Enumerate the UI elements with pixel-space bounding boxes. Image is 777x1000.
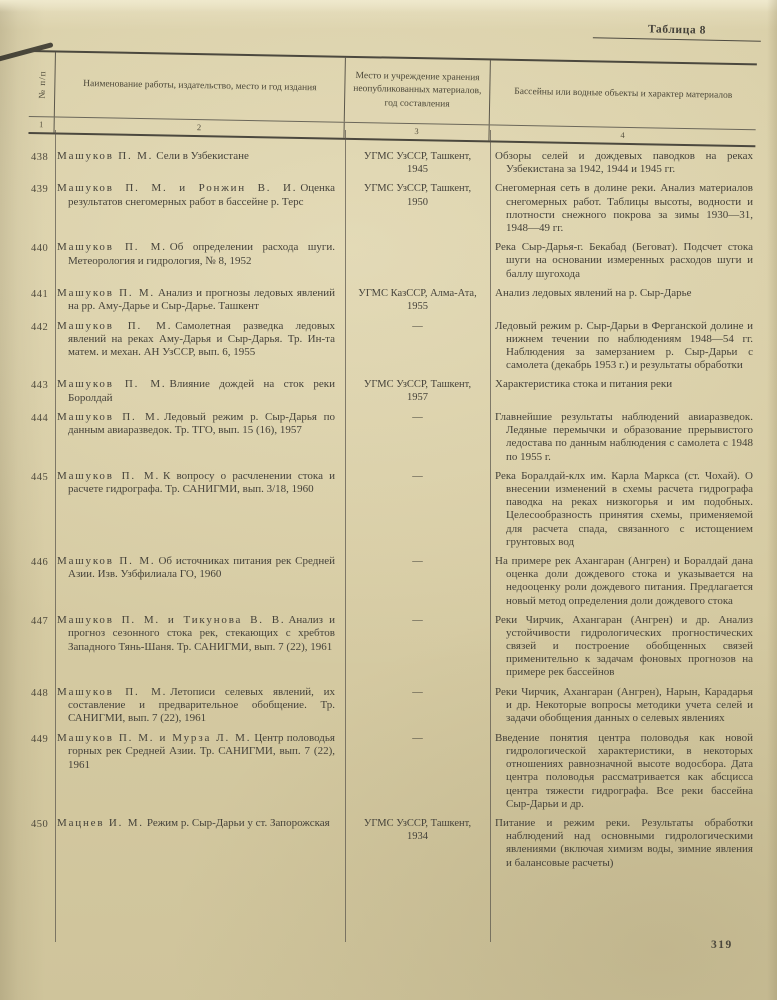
bibliography-table: № п/п Наименование работы, издательство,…: [30, 50, 757, 876]
table-row: 442 Машуков П. М.Самолетная разведка лед…: [30, 320, 757, 373]
table-row: 449 Машуков П. М. и Мурза Л. М.Центр пол…: [30, 732, 757, 811]
row-number: 447: [30, 614, 55, 627]
page-right-shade: [767, 0, 777, 1000]
row-number: 438: [30, 150, 55, 163]
annotation-cell: Питание и режим реки. Результаты обработ…: [490, 817, 757, 870]
annotation-cell: На примере рек Ахангаран (Ангрен) и Бора…: [490, 555, 757, 608]
table-row: 438 Машуков П. М.Сели в Узбекистане УГМС…: [30, 150, 757, 176]
storage-cell: —: [345, 555, 490, 568]
work-cell: Мацнев И. М.Режим р. Сыр-Дарьи у ст. Зап…: [55, 817, 345, 830]
scanned-book-page: Таблица 8 № п/п Наименование работы, изд…: [0, 0, 777, 1000]
row-number: 449: [30, 732, 55, 745]
author-name: Машуков П. М.: [57, 241, 167, 253]
author-name: Машуков П. М.: [57, 320, 172, 332]
table-body: 438 Машуков П. М.Сели в Узбекистане УГМС…: [30, 134, 757, 870]
author-name: Машуков П. М.: [57, 470, 160, 482]
storage-cell: —: [345, 411, 490, 424]
storage-cell: УГМС КазССР, Алма-Ата, 1955: [345, 287, 490, 313]
column-header-storage: Место и учреждение хранения неопубликова…: [344, 58, 490, 125]
work-title: Режим р. Сыр-Дарьи у ст. Запорожская: [147, 817, 330, 829]
storage-cell: —: [345, 614, 490, 627]
work-cell: Машуков П. М.Сели в Узбекистане: [55, 150, 345, 163]
author-name: Машуков П. М.: [57, 378, 167, 390]
page-number: 319: [711, 939, 733, 951]
table-row: 439 Машуков П. М. и Ронжин В. И.Оценка р…: [30, 182, 757, 235]
column-header-work: Наименование работы, издательство, место…: [54, 52, 345, 121]
row-number: 444: [30, 411, 55, 424]
work-cell: Машуков П. М.Об определении расхода шуги…: [55, 241, 345, 268]
work-cell: Машуков П. М.К вопросу о расчленении сто…: [55, 470, 345, 497]
author-name: Машуков П. М. и Тикунова В. В.: [57, 614, 285, 626]
author-name: Машуков П. М.: [57, 411, 161, 423]
storage-cell: УГМС УзССР, Ташкент, 1945: [345, 150, 490, 176]
row-number: 448: [30, 686, 55, 699]
table-row: 444 Машуков П. М.Ледовый режим р. Сыр-Да…: [30, 411, 757, 464]
work-cell: Машуков П. М.Летописи селевых явлений, и…: [55, 686, 345, 726]
annotation-cell: Введение понятия центра половодья как но…: [490, 732, 757, 811]
table-row: 448 Машуков П. М.Летописи селевых явлени…: [30, 686, 757, 726]
row-number: 439: [30, 182, 55, 195]
author-name: Машуков П. М.: [57, 287, 155, 299]
table-row: 441 Машуков П. М.Анализ и прогнозы ледов…: [30, 287, 757, 314]
work-cell: Машуков П. М.Самолетная разведка ледовых…: [55, 320, 345, 360]
table-caption: Таблица 8: [593, 22, 761, 42]
vertical-rule: [345, 130, 346, 942]
table-row: 443 Машуков П. М.Влияние дождей на сток …: [30, 378, 757, 405]
column-header-basins: Бассейны или водные объекты и характер м…: [489, 60, 757, 129]
annotation-cell: Реки Чирчик, Ахангаран (Ангрен) и др. Ан…: [490, 614, 757, 680]
table-row: 445 Машуков П. М.К вопросу о расчленении…: [30, 470, 757, 549]
row-number: 446: [30, 555, 55, 568]
author-name: Машуков П. М. и Ронжин В. И.: [57, 182, 297, 194]
row-number: 442: [30, 320, 55, 333]
annotation-cell: Характеристика стока и питания реки: [490, 378, 757, 391]
storage-cell: УГМС УзССР, Ташкент, 1957: [345, 378, 490, 404]
storage-cell: —: [345, 320, 490, 333]
storage-cell: УГМС УзССР, Ташкент, 1934: [345, 817, 490, 843]
table-row: 450 Мацнев И. М.Режим р. Сыр-Дарьи у ст.…: [30, 817, 757, 870]
work-cell: Машуков П. М.Влияние дождей на сток реки…: [55, 378, 345, 405]
annotation-cell: Главнейшие результаты наблюдений авиараз…: [490, 411, 757, 464]
table-row: 447 Машуков П. М. и Тикунова В. В.Анализ…: [30, 614, 757, 680]
row-number: 443: [30, 378, 55, 391]
annotation-cell: Ледовый режим р. Сыр-Дарьи в Ферганской …: [490, 320, 757, 373]
storage-cell: —: [345, 686, 490, 699]
table-row: 446 Машуков П. М.Об источниках питания р…: [30, 555, 757, 608]
annotation-cell: Снегомерная сеть в долине реки. Анализ м…: [490, 182, 757, 235]
row-number: 445: [30, 470, 55, 483]
vertical-rule: [490, 130, 491, 942]
work-cell: Машуков П. М. и Тикунова В. В.Анализ и п…: [55, 614, 345, 654]
column-index-1: 1: [28, 117, 53, 132]
table-header: № п/п Наименование работы, издательство,…: [28, 50, 756, 147]
annotation-cell: Река Сыр-Дарья-г. Бекабад (Беговат). Под…: [490, 241, 757, 281]
row-number: 441: [30, 287, 55, 300]
storage-cell: УГМС УзССР, Ташкент, 1950: [345, 182, 490, 208]
row-number: 440: [30, 241, 55, 254]
author-name: Машуков П. М.: [57, 686, 167, 698]
table-row: 440 Машуков П. М.Об определении расхода …: [30, 241, 757, 281]
work-title: Сели в Узбекистане: [156, 150, 249, 162]
storage-cell: —: [345, 732, 490, 745]
annotation-cell: Реки Чирчик, Ахангаран (Ангрен), Нарын, …: [490, 686, 757, 726]
column-header-number: № п/п: [29, 52, 55, 116]
page-top-edge: [0, 0, 777, 12]
author-name: Машуков П. М. и Мурза Л. М.: [57, 732, 251, 744]
annotation-cell: Река Боралдай-клх им. Карла Маркса (ст. …: [490, 470, 757, 549]
work-cell: Машуков П. М.Об источниках питания рек С…: [55, 555, 345, 582]
work-cell: Машуков П. М.Ледовый режим р. Сыр-Дарья …: [55, 411, 345, 438]
row-number: 450: [30, 817, 55, 830]
author-name: Машуков П. М.: [57, 555, 155, 567]
annotation-cell: Анализ ледовых явлений на р. Сыр-Дарье: [490, 287, 757, 300]
work-cell: Машуков П. М.Анализ и прогнозы ледовых я…: [55, 287, 345, 314]
annotation-cell: Обзоры селей и дождевых паводков на река…: [490, 150, 757, 176]
vertical-rule: [55, 130, 56, 942]
author-name: Мацнев И. М.: [57, 817, 144, 829]
work-cell: Машуков П. М. и Ронжин В. И.Оценка резул…: [55, 182, 345, 209]
author-name: Машуков П. М.: [57, 150, 153, 162]
storage-cell: —: [345, 470, 490, 483]
work-cell: Машуков П. М. и Мурза Л. М.Центр половод…: [55, 732, 345, 772]
